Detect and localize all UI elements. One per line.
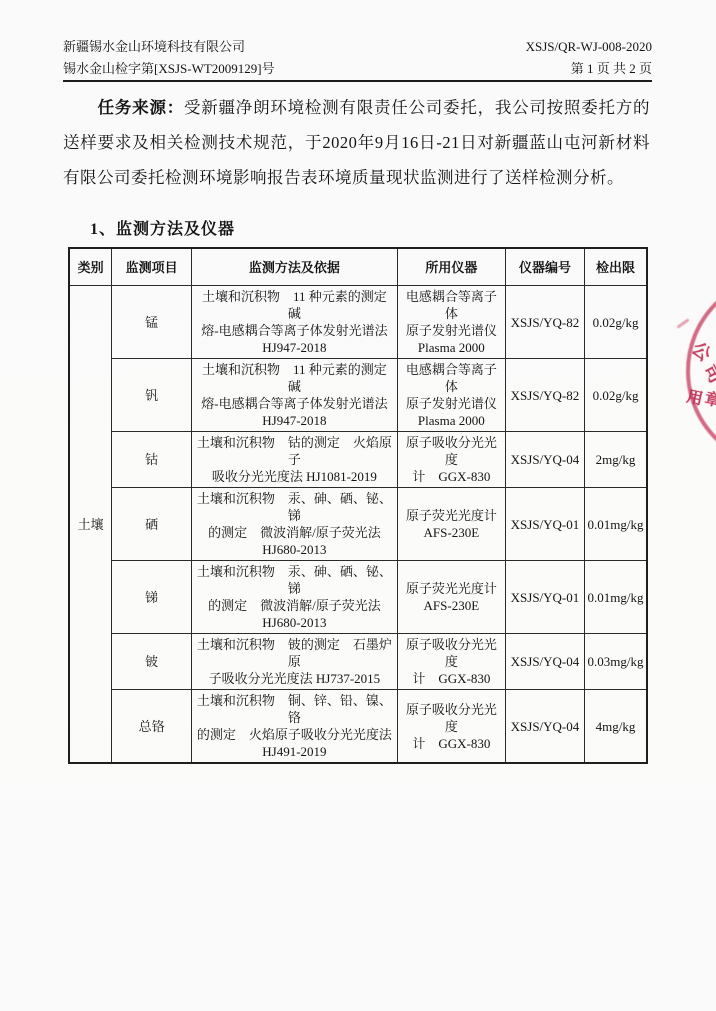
item-cell: 锰 [112, 286, 192, 359]
method-line: 土壤和沉积物 汞、砷、硒、铋、锑 [194, 563, 395, 597]
item-cell: 铍 [112, 634, 192, 690]
method-line: HJ947-2018 [194, 412, 395, 429]
table-row: 土壤 锰 土壤和沉积物 11 种元素的测定 碱 熔-电感耦合等离子体发射光谱法 … [69, 286, 647, 359]
detection-limit-cell: 0.03mg/kg [585, 634, 647, 690]
seal-ink-fleck-icon [676, 318, 689, 328]
instrument-line: 计 GGX-830 [400, 735, 503, 752]
table-row: 铍 土壤和沉积物 铍的测定 石墨炉原 子吸收分光光度法 HJ737-2015 原… [69, 634, 647, 690]
instrument-id-cell: XSJS/YQ-82 [505, 286, 584, 359]
method-cell: 土壤和沉积物 11 种元素的测定 碱 熔-电感耦合等离子体发射光谱法 HJ947… [192, 286, 398, 359]
document-header: 新疆锡水金山环境科技有限公司 锡水金山检字第[XSJS-WT2009129]号 … [63, 36, 652, 80]
method-line: 吸收分光光度法 HJ1081-2019 [194, 468, 395, 485]
table-header-row: 类别 监测项目 监测方法及依据 所用仪器 仪器编号 检出限 [69, 248, 647, 286]
method-line: 的测定 微波消解/原子荧光法 [194, 524, 395, 541]
instrument-line: 电感耦合等离子体 [400, 288, 503, 322]
method-cell: 土壤和沉积物 铜、锌、铅、镍、铬 的测定 火焰原子吸收分光光度法 HJ491-2… [192, 690, 398, 764]
instrument-line: 计 GGX-830 [400, 670, 503, 687]
monitoring-methods-table: 类别 监测项目 监测方法及依据 所用仪器 仪器编号 检出限 土壤 锰 土壤和沉积… [68, 247, 648, 764]
instrument-id-cell: XSJS/YQ-04 [505, 432, 584, 488]
instrument-line: Plasma 2000 [400, 339, 503, 356]
category-cell: 土壤 [69, 286, 112, 764]
method-line: 土壤和沉积物 汞、砷、硒、铋、锑 [194, 490, 395, 524]
instrument-line: 计 GGX-830 [400, 468, 503, 485]
instrument-line: 原子发射光谱仪 [400, 395, 503, 412]
task-source-paragraph: 任务来源：受新疆净朗环境检测有限责任公司委托，我公司按照委托方的送样要求及相关检… [63, 90, 650, 195]
instrument-line: 原子吸收分光光度 [400, 636, 503, 670]
instrument-line: 电感耦合等离子体 [400, 361, 503, 395]
table-row: 钒 土壤和沉积物 11 种元素的测定 碱 熔-电感耦合等离子体发射光谱法 HJ9… [69, 359, 647, 432]
method-line: 土壤和沉积物 11 种元素的测定 碱 [194, 288, 395, 322]
instrument-line: Plasma 2000 [400, 412, 503, 429]
header-right-block: XSJS/QR-WJ-008-2020 第 1 页 共 2 页 [526, 36, 652, 80]
method-cell: 土壤和沉积物 汞、砷、硒、铋、锑 的测定 微波消解/原子荧光法 HJ680-20… [192, 561, 398, 634]
method-line: HJ947-2018 [194, 339, 395, 356]
doc-code: XSJS/QR-WJ-008-2020 [526, 36, 652, 58]
method-line: 土壤和沉积物 铜、锌、铅、镍、铬 [194, 692, 395, 726]
instrument-id-cell: XSJS/YQ-04 [505, 634, 584, 690]
task-source-label: 任务来源： [98, 98, 184, 117]
detection-limit-cell: 0.02g/kg [585, 286, 647, 359]
section-title-monitoring-methods: 1、监测方法及仪器 [90, 216, 235, 239]
method-line: 的测定 火焰原子吸收分光光度法 [194, 726, 395, 743]
page-indicator: 第 1 页 共 2 页 [526, 58, 652, 80]
instrument-cell: 原子吸收分光光度 计 GGX-830 [397, 432, 505, 488]
instrument-cell: 原子吸收分光光度 计 GGX-830 [397, 690, 505, 764]
instrument-line: 原子荧光光度计 [400, 580, 503, 597]
method-cell: 土壤和沉积物 钴的测定 火焰原子 吸收分光光度法 HJ1081-2019 [192, 432, 398, 488]
instrument-cell: 电感耦合等离子体 原子发射光谱仪 Plasma 2000 [397, 286, 505, 359]
item-cell: 钒 [112, 359, 192, 432]
item-cell: 总铬 [112, 690, 192, 764]
method-cell: 土壤和沉积物 11 种元素的测定 碱 熔-电感耦合等离子体发射光谱法 HJ947… [192, 359, 398, 432]
detection-limit-cell: 2mg/kg [585, 432, 647, 488]
instrument-id-cell: XSJS/YQ-01 [505, 488, 584, 561]
instrument-cell: 原子吸收分光光度 计 GGX-830 [397, 634, 505, 690]
instrument-id-cell: XSJS/YQ-82 [505, 359, 584, 432]
method-line: 熔-电感耦合等离子体发射光谱法 [194, 322, 395, 339]
method-line: 土壤和沉积物 铍的测定 石墨炉原 [194, 636, 395, 670]
instrument-line: 原子发射光谱仪 [400, 322, 503, 339]
method-line: 的测定 微波消解/原子荧光法 [194, 597, 395, 614]
detection-limit-cell: 4mg/kg [585, 690, 647, 764]
instrument-line: 原子吸收分光光度 [400, 701, 503, 735]
instrument-cell: 原子荧光光度计 AFS-230E [397, 561, 505, 634]
method-line: 土壤和沉积物 钴的测定 火焰原子 [194, 434, 395, 468]
method-line: HJ680-2013 [194, 541, 395, 558]
column-header-method: 监测方法及依据 [192, 248, 398, 286]
instrument-cell: 电感耦合等离子体 原子发射光谱仪 Plasma 2000 [397, 359, 505, 432]
instrument-line: AFS-230E [400, 597, 503, 614]
document-page: 新疆锡水金山环境科技有限公司 锡水金山检字第[XSJS-WT2009129]号 … [0, 0, 716, 1011]
method-line: 熔-电感耦合等离子体发射光谱法 [194, 395, 395, 412]
detection-limit-cell: 0.01mg/kg [585, 488, 647, 561]
column-header-item: 监测项目 [112, 248, 192, 286]
item-cell: 硒 [112, 488, 192, 561]
column-header-instrument: 所用仪器 [397, 248, 505, 286]
item-cell: 锑 [112, 561, 192, 634]
table-row: 硒 土壤和沉积物 汞、砷、硒、铋、锑 的测定 微波消解/原子荧光法 HJ680-… [69, 488, 647, 561]
column-header-category: 类别 [69, 248, 112, 286]
instrument-line: 原子吸收分光光度 [400, 434, 503, 468]
method-line: HJ680-2013 [194, 614, 395, 631]
detection-limit-cell: 0.01mg/kg [585, 561, 647, 634]
method-line: 土壤和沉积物 11 种元素的测定 碱 [194, 361, 395, 395]
table-row: 总铬 土壤和沉积物 铜、锌、铅、镍、铬 的测定 火焰原子吸收分光光度法 HJ49… [69, 690, 647, 764]
instrument-id-cell: XSJS/YQ-01 [505, 561, 584, 634]
header-divider [63, 80, 652, 82]
detection-limit-cell: 0.02g/kg [585, 359, 647, 432]
column-header-detection-limit: 检出限 [585, 248, 647, 286]
method-cell: 土壤和沉积物 汞、砷、硒、铋、锑 的测定 微波消解/原子荧光法 HJ680-20… [192, 488, 398, 561]
company-name: 新疆锡水金山环境科技有限公司 [63, 36, 275, 58]
item-cell: 钴 [112, 432, 192, 488]
instrument-line: AFS-230E [400, 524, 503, 541]
method-line: HJ491-2019 [194, 743, 395, 760]
instrument-line: 原子荧光光度计 [400, 507, 503, 524]
column-header-instrument-id: 仪器编号 [505, 248, 584, 286]
header-left-block: 新疆锡水金山环境科技有限公司 锡水金山检字第[XSJS-WT2009129]号 [63, 36, 275, 80]
instrument-id-cell: XSJS/YQ-04 [505, 690, 584, 764]
table-row: 钴 土壤和沉积物 钴的测定 火焰原子 吸收分光光度法 HJ1081-2019 原… [69, 432, 647, 488]
instrument-cell: 原子荧光光度计 AFS-230E [397, 488, 505, 561]
report-number: 锡水金山检字第[XSJS-WT2009129]号 [63, 58, 275, 80]
table-row: 锑 土壤和沉积物 汞、砷、硒、铋、锑 的测定 微波消解/原子荧光法 HJ680-… [69, 561, 647, 634]
method-cell: 土壤和沉积物 铍的测定 石墨炉原 子吸收分光光度法 HJ737-2015 [192, 634, 398, 690]
method-line: 子吸收分光光度法 HJ737-2015 [194, 670, 395, 687]
